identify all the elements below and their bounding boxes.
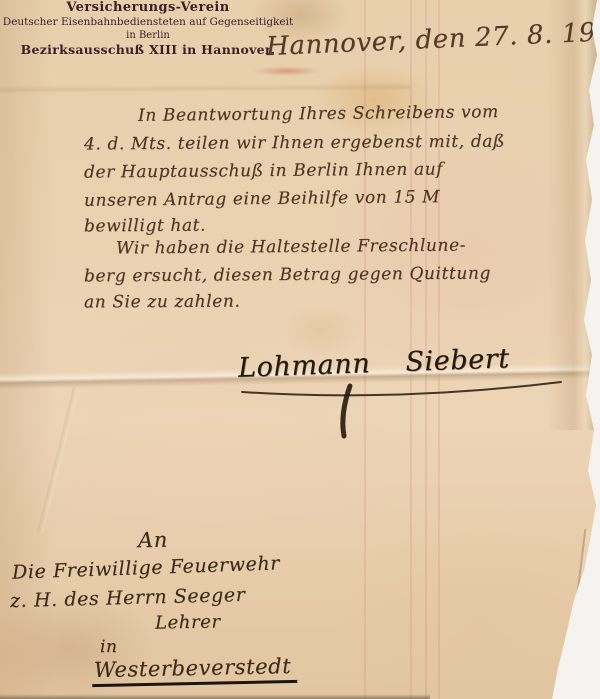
address-preposition: in: [100, 637, 118, 657]
address-title: Lehrer: [155, 611, 221, 633]
scanned-letter-1908: Versicherungs-Verein Deutscher Eisenbahn…: [0, 0, 600, 699]
signature-flourish: [228, 344, 578, 444]
address-town: Westerbeverstedt: [92, 654, 298, 687]
address-salutation: An: [138, 528, 168, 553]
diagonal-crease: [37, 387, 79, 534]
body-line: In Beantwortung Ihres Schreibens vom: [138, 102, 499, 126]
paper-sheet: Versicherungs-Verein Deutscher Eisenbahn…: [0, 0, 600, 699]
body-line: an Sie zu zahlen.: [84, 292, 241, 313]
body-line: unseren Antrag eine Beihilfe von 15 M: [84, 187, 440, 211]
letterhead-org-subtitle: Deutscher Eisenbahnbediensteten auf Gege…: [0, 17, 302, 29]
body-line: Wir haben die Haltestelle Freschlune-: [116, 235, 466, 258]
fold-crease-top: [0, 83, 410, 94]
body-line: 4. d. Mts. teilen wir Ihnen ergebenst mi…: [84, 132, 505, 155]
red-pencil-smudge: [252, 66, 322, 76]
address-recipient: Die Freiwillige Feuerwehr: [12, 552, 281, 583]
address-attention: z. H. des Herrn Seeger: [10, 584, 246, 612]
body-line: bewilligt hat.: [84, 216, 206, 237]
letterhead-org-name: Versicherungs-Verein: [0, 1, 302, 15]
bottom-edge-shadow: [0, 694, 430, 699]
body-line: der Hauptausschuß in Berlin Ihnen auf: [84, 159, 443, 182]
letterhead-city: in Berlin: [0, 30, 302, 41]
corner-crease: [564, 529, 597, 699]
letterhead-district-committee: Bezirksausschuß XIII in Hannover.: [0, 43, 302, 57]
letterhead: Versicherungs-Verein Deutscher Eisenbahn…: [0, 1, 302, 57]
body-line: berg ersucht, diesen Betrag gegen Quittu…: [84, 264, 491, 287]
